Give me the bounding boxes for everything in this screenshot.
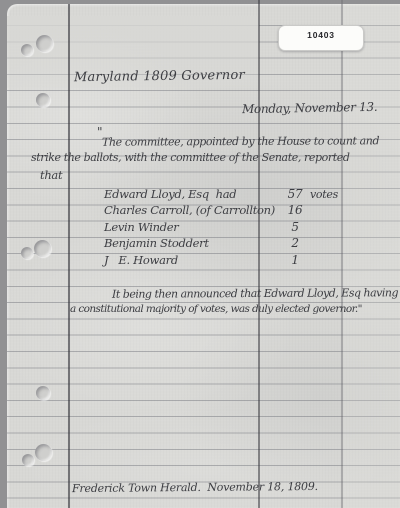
- catalog-label: 10403: [278, 25, 364, 51]
- vote-row: Edward Lloyd, Esq had 57 votes: [104, 188, 364, 204]
- margin-rule-line: [68, 4, 70, 508]
- vote-count: 57: [284, 188, 306, 201]
- vote-candidate: Levin Winder: [104, 221, 178, 234]
- punch-hole: [35, 444, 52, 461]
- vote-count: 2: [284, 237, 306, 250]
- page-title: Maryland 1809 Governor: [74, 69, 245, 86]
- punch-hole: [22, 454, 34, 466]
- vote-candidate: Edward Lloyd, Esq had: [104, 188, 236, 201]
- catalog-number: 10403: [307, 30, 335, 40]
- vote-count: 5: [284, 221, 306, 234]
- vote-candidate: Benjamin Stoddert: [104, 237, 209, 250]
- punch-hole: [36, 386, 50, 400]
- vote-candidate: Charles Carroll, (of Carrollton): [104, 204, 275, 217]
- vote-row: J E. Howard 1: [104, 254, 364, 270]
- vote-count: 1: [284, 254, 306, 267]
- punch-hole: [21, 44, 33, 56]
- vote-row: Levin Winder 5: [104, 221, 364, 237]
- source-citation: Frederick Town Herald. November 18, 1809…: [72, 481, 318, 495]
- paragraph2-line2: a constitutional majority of votes, was …: [70, 304, 362, 316]
- paragraph1-line1: The committee, appointed by the House to…: [102, 135, 379, 149]
- punch-hole: [34, 240, 51, 257]
- date-line: Monday, November 13.: [242, 101, 378, 117]
- vote-candidate: J E. Howard: [104, 254, 178, 267]
- paragraph1-line2: strike the ballots, with the committee o…: [31, 152, 349, 164]
- punch-hole: [36, 93, 50, 107]
- vote-row: Charles Carroll, (of Carrollton) 16: [104, 204, 364, 220]
- vote-count: 16: [284, 204, 306, 217]
- punch-hole: [36, 35, 53, 52]
- paragraph2-line1: It being then announced that Edward Lloy…: [112, 287, 398, 301]
- vote-row: Benjamin Stoddert 2: [104, 237, 364, 253]
- punch-hole: [21, 247, 33, 259]
- scan-background: { "label": { "number": "10403" }, "page"…: [0, 0, 400, 508]
- vote-unit: votes: [310, 189, 338, 201]
- paragraph1-line3: that: [40, 169, 62, 182]
